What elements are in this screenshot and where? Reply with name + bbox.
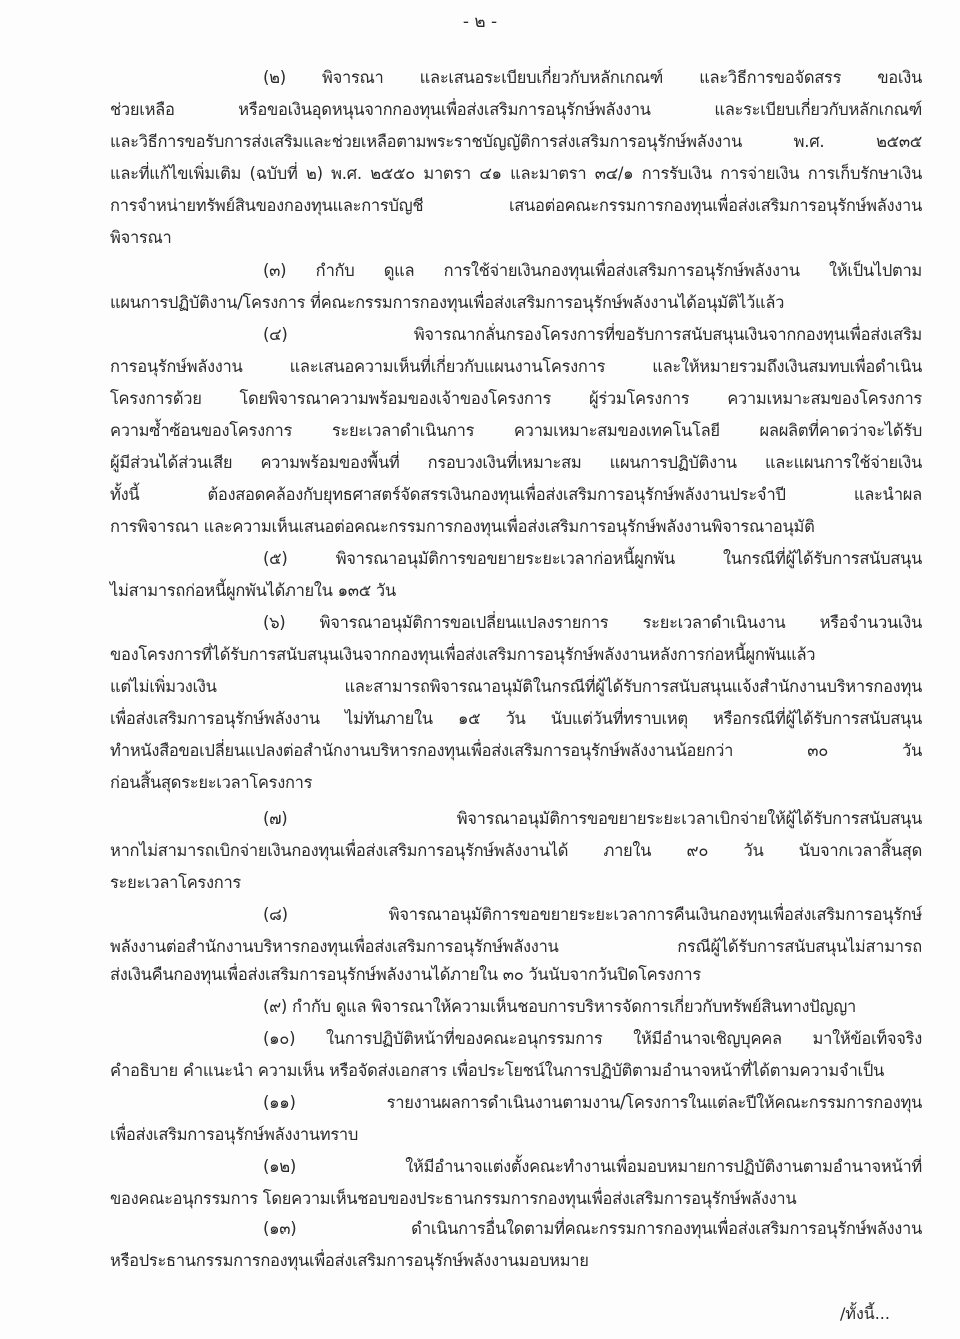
item-8-line-1: (๘) พิจารณาอนุมัติการขอขยายระยะเวลาการคื… <box>263 902 922 928</box>
item-12-line-1: (๑๒) ให้มีอำนาจแต่งตั้งคณะทำงานเพื่อมอบห… <box>263 1154 922 1180</box>
item-6-line-5: ทำหนังสือขอเปลี่ยนแปลงต่อสำนักงานบริหารก… <box>110 738 922 764</box>
item-2-line-4: และที่แก้ไขเพิ่มเติม (ฉบับที่ ๒) พ.ศ. ๒๕… <box>110 161 922 187</box>
item-9-line-1: (๙) กำกับ ดูแล พิจารณาให้ความเห็นชอบการบ… <box>263 994 922 1020</box>
page-number: - ๒ - <box>0 8 960 35</box>
item-4-line-1: (๔) พิจารณากลั่นกรองโครงการที่ขอรับการสน… <box>263 322 922 348</box>
item-7-line-2: หากไม่สามารถเบิกจ่ายเงินกองทุนเพื่อส่งเส… <box>110 838 922 864</box>
item-3-line-2: แผนการปฏิบัติงาน/โครงการ ที่คณะกรรมการกอ… <box>110 290 922 316</box>
item-7-line-3: ระยะเวลาโครงการ <box>110 870 922 896</box>
item-2-line-3: และวิธีการขอรับการส่งเสริมและช่วยเหลือตา… <box>110 129 922 155</box>
item-6-line-2: ของโครงการที่ได้รับการสนับสนุนเงินจากกอง… <box>110 642 922 668</box>
item-6-line-1: (๖) พิจารณาอนุมัติการขอเปลี่ยนแปลงรายการ… <box>263 610 922 636</box>
item-13-line-2: หรือประธานกรรมการกองทุนเพื่อส่งเสริมการอ… <box>110 1248 922 1274</box>
item-5-line-1: (๕) พิจารณาอนุมัติการขอขยายระยะเวลาก่อหน… <box>263 546 922 572</box>
item-3-line-1: (๓) กำกับ ดูแล การใช้จ่ายเงินกองทุนเพื่อ… <box>263 258 922 284</box>
item-11-line-1: (๑๑) รายงานผลการดำเนินงานตามงาน/โครงการใ… <box>263 1090 922 1116</box>
item-13-line-1: (๑๓) ดำเนินการอื่นใดตามที่คณะกรรมการกองท… <box>263 1216 922 1242</box>
item-6-line-3: แต่ไม่เพิ่มวงเงิน และสามารถพิจารณาอนุมัต… <box>110 674 922 700</box>
item-6-line-4: เพื่อส่งเสริมการอนุรักษ์พลังงาน ไม่ทันภา… <box>110 706 922 732</box>
item-4-line-4: ความซ้ำซ้อนของโครงการ ระยะเวลาดำเนินการ … <box>110 418 922 444</box>
item-4-line-6: ทั้งนี้ ต้องสอดคล้องกับยุทธศาสตร์จัดสรรเ… <box>110 482 922 508</box>
item-8-line-2: พลังงานต่อสำนักงานบริหารกองทุนเพื่อส่งเส… <box>110 934 922 960</box>
item-2-line-6: พิจารณา <box>110 225 922 251</box>
item-4-line-7: การพิจารณา และความเห็นเสนอต่อคณะกรรมการก… <box>110 514 922 540</box>
item-8-line-3: ส่งเงินคืนกองทุนเพื่อส่งเสริมการอนุรักษ์… <box>110 962 922 988</box>
item-4-line-2: การอนุรักษ์พลังงาน และเสนอความเห็นที่เกี… <box>110 354 922 380</box>
item-10-line-1: (๑๐) ในการปฏิบัติหน้าที่ของคณะอนุกรรมการ… <box>263 1026 922 1052</box>
item-11-line-2: เพื่อส่งเสริมการอนุรักษ์พลังงานทราบ <box>110 1122 922 1148</box>
item-5-line-2: ไม่สามารถก่อหนี้ผูกพันได้ภายใน ๑๓๕ วัน <box>110 578 922 604</box>
item-2-line-2: ช่วยเหลือ หรือขอเงินอุดหนุนจากกองทุนเพื่… <box>110 97 922 123</box>
item-4-line-5: ผู้มีส่วนได้ส่วนเสีย ความพร้อมของพื้นที่… <box>110 450 922 476</box>
item-2-line-5: การจำหน่ายทรัพย์สินของกองทุนและการบัญชี … <box>110 193 922 219</box>
item-12-line-2: ของคณะอนุกรรมการ โดยความเห็นชอบของประธาน… <box>110 1186 922 1212</box>
item-2-line-1: (๒) พิจารณา และเสนอระเบียบเกี่ยวกับหลักเ… <box>263 65 922 91</box>
item-7-line-1: (๗) พิจารณาอนุมัติการขอขยายระยะเวลาเบิกจ… <box>263 806 922 832</box>
continuation-marker: /ทั้งนี้... <box>840 1302 890 1327</box>
document-page: - ๒ - (๒) พิจารณา และเสนอระเบียบเกี่ยวกั… <box>0 0 960 1339</box>
item-4-line-3: โครงการด้วย โดยพิจารณาความพร้อมของเจ้าขอ… <box>110 386 922 412</box>
item-6-line-6: ก่อนสิ้นสุดระยะเวลาโครงการ <box>110 770 922 796</box>
item-10-line-2: คำอธิบาย คำแนะนำ ความเห็น หรือจัดส่งเอกส… <box>110 1058 922 1084</box>
